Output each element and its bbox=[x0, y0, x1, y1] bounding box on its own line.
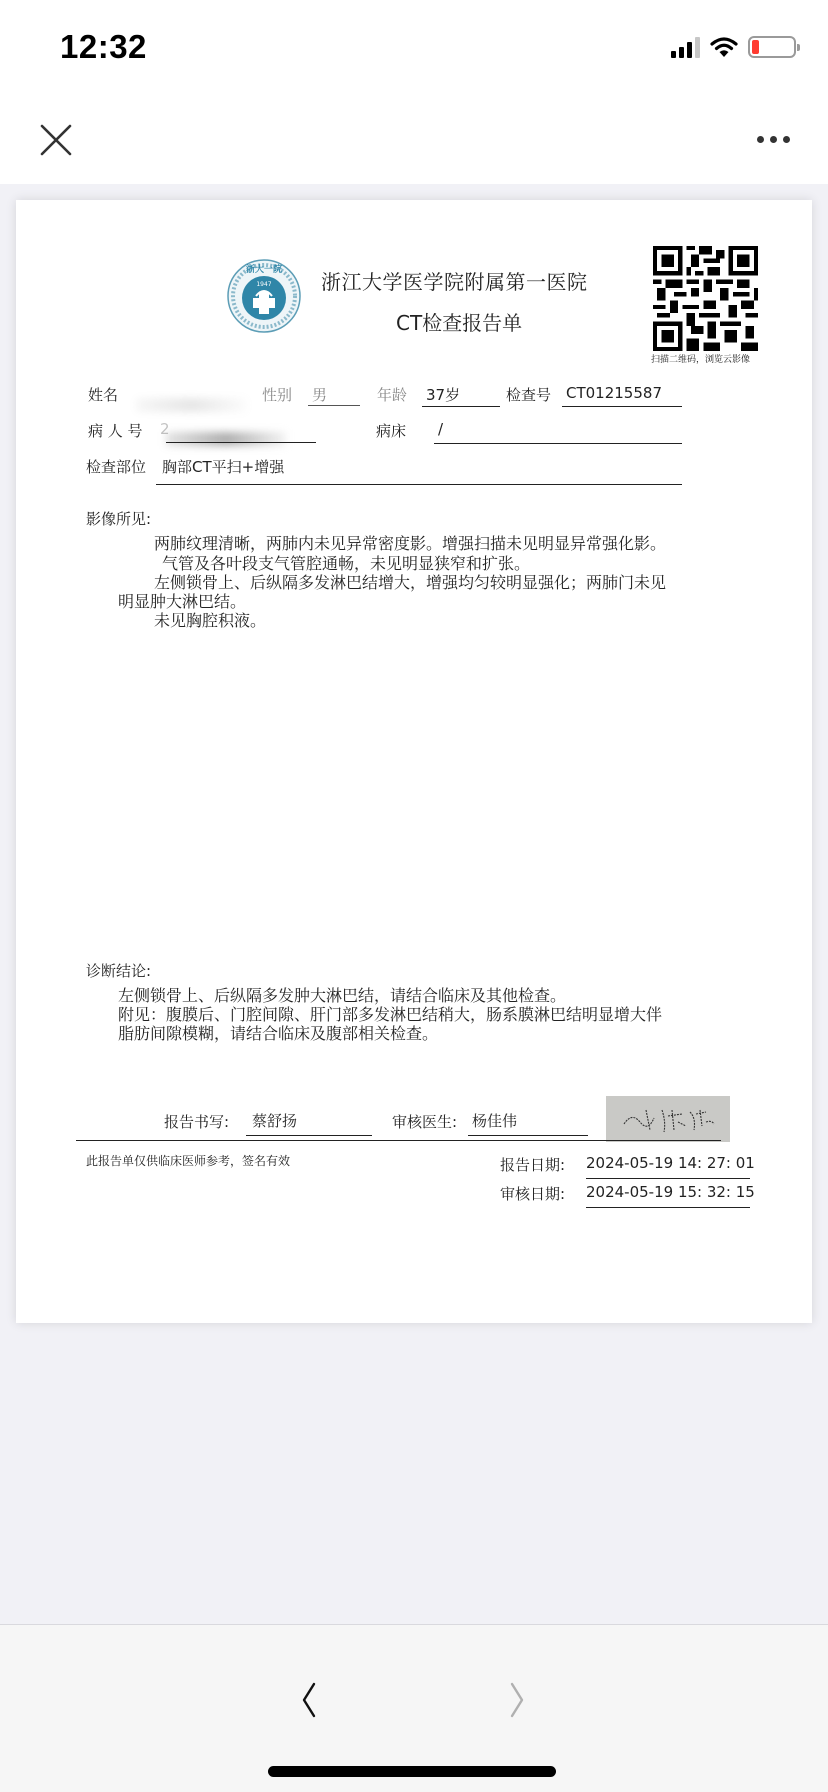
reviewer-label: 审核医生: bbox=[392, 1111, 457, 1132]
document-viewer[interactable]: 1947 浙大一院 浙江大学医学院附属第一医院 CT检查报告单 bbox=[0, 184, 828, 1624]
reviewer-underline bbox=[468, 1135, 588, 1136]
age-value: 37岁 bbox=[426, 384, 460, 405]
more-icon-dot bbox=[783, 136, 790, 143]
disclaimer-note: 此报告单仅供临床医师参考，签名有效 bbox=[86, 1152, 290, 1169]
writer-value: 蔡舒扬 bbox=[252, 1110, 297, 1131]
close-icon bbox=[36, 120, 76, 160]
signoff-divider bbox=[76, 1140, 721, 1141]
findings-heading: 影像所见: bbox=[86, 508, 151, 529]
findings-line: 左侧锁骨上、后纵隔多发淋巴结增大，增强均匀较明显强化；两肺门未见 bbox=[154, 573, 666, 593]
findings-line: 明显肿大淋巴结。 bbox=[118, 592, 246, 612]
findings-line: 未见胸腔积液。 bbox=[154, 611, 266, 631]
name-redacted bbox=[136, 398, 246, 412]
hospital-name: 浙江大学医学院附属第一医院 bbox=[321, 266, 588, 295]
exam-site-label: 检查部位 bbox=[86, 456, 146, 477]
findings-line: 气管及各叶段支气管腔通畅，未见明显狭窄和扩张。 bbox=[162, 554, 530, 574]
status-bar: 12:32 bbox=[0, 0, 828, 92]
findings-line: 两肺纹理清晰，两肺内未见异常密度影。增强扫描未见明显异常强化影。 bbox=[154, 534, 666, 554]
bed-label: 病床 bbox=[376, 420, 406, 441]
gender-underline bbox=[308, 405, 360, 406]
chevron-left-icon bbox=[290, 1675, 330, 1725]
review-date-underline bbox=[586, 1207, 750, 1208]
signature-image bbox=[606, 1096, 730, 1142]
report-date-underline bbox=[586, 1178, 750, 1179]
svg-text:1947: 1947 bbox=[256, 281, 271, 288]
name-label: 姓名 bbox=[88, 384, 118, 405]
chevron-right-icon bbox=[496, 1675, 536, 1725]
exam-no-underline bbox=[562, 406, 682, 407]
wifi-icon bbox=[710, 36, 738, 58]
qr-code-icon[interactable] bbox=[653, 246, 758, 351]
conclusion-line: 附见：腹膜后、门腔间隙、肝门部多发淋巴结稍大，肠系膜淋巴结明显增大伴 bbox=[118, 1005, 662, 1025]
home-indicator[interactable] bbox=[268, 1766, 556, 1777]
conclusion-heading: 诊断结论: bbox=[86, 960, 151, 981]
more-icon-dot bbox=[757, 136, 764, 143]
gender-label: 性别 bbox=[262, 384, 292, 405]
qr-caption: 扫描二维码，浏览云影像 bbox=[651, 352, 750, 365]
nav-bar bbox=[0, 92, 828, 184]
writer-underline bbox=[246, 1135, 372, 1136]
bottom-toolbar bbox=[0, 1624, 828, 1792]
exam-site-value: 胸部CT平扫+增强 bbox=[162, 456, 284, 477]
conclusion-line: 脂肪间隙模糊，请结合临床及腹部相关检查。 bbox=[118, 1024, 438, 1044]
age-underline bbox=[422, 406, 500, 407]
reviewer-value: 杨佳伟 bbox=[472, 1110, 517, 1131]
review-date-label: 审核日期: bbox=[500, 1183, 565, 1204]
report-title: CT检查报告单 bbox=[396, 307, 522, 336]
report-date-label: 报告日期: bbox=[500, 1154, 565, 1175]
next-button[interactable] bbox=[496, 1675, 536, 1725]
age-label: 年龄 bbox=[377, 384, 407, 405]
close-button[interactable] bbox=[36, 120, 76, 160]
exam-site-underline bbox=[156, 484, 682, 485]
report-date-value: 2024-05-19 14: 27: 01 bbox=[586, 1154, 755, 1172]
review-date-value: 2024-05-19 15: 32: 15 bbox=[586, 1183, 755, 1201]
exam-no-value: CT01215587 bbox=[566, 384, 662, 402]
status-time: 12:32 bbox=[60, 28, 147, 66]
writer-label: 报告书写: bbox=[164, 1111, 229, 1132]
status-icons bbox=[671, 36, 796, 58]
gender-value: 男 bbox=[312, 384, 327, 405]
battery-icon bbox=[748, 36, 796, 58]
battery-level bbox=[752, 40, 759, 54]
bed-underline bbox=[434, 443, 682, 444]
report-page: 1947 浙大一院 浙江大学医学院附属第一医院 CT检查报告单 bbox=[16, 200, 812, 1323]
more-icon-dot bbox=[770, 136, 777, 143]
patient-no-label: 病 人 号 bbox=[88, 420, 143, 441]
bed-value: / bbox=[438, 420, 443, 438]
conclusion-line: 左侧锁骨上、后纵隔多发肿大淋巴结，请结合临床及其他检查。 bbox=[118, 986, 566, 1006]
hospital-logo-icon: 1947 浙大一院 bbox=[226, 258, 302, 334]
signature-scribble-icon bbox=[606, 1096, 730, 1142]
cellular-signal-icon bbox=[671, 36, 700, 58]
svg-text:浙大一院: 浙大一院 bbox=[246, 263, 283, 275]
exam-no-label: 检查号 bbox=[506, 384, 551, 405]
more-button[interactable] bbox=[748, 122, 798, 156]
patient-no-underline bbox=[166, 442, 316, 443]
patient-no-redacted bbox=[166, 432, 286, 446]
previous-button[interactable] bbox=[290, 1675, 330, 1725]
